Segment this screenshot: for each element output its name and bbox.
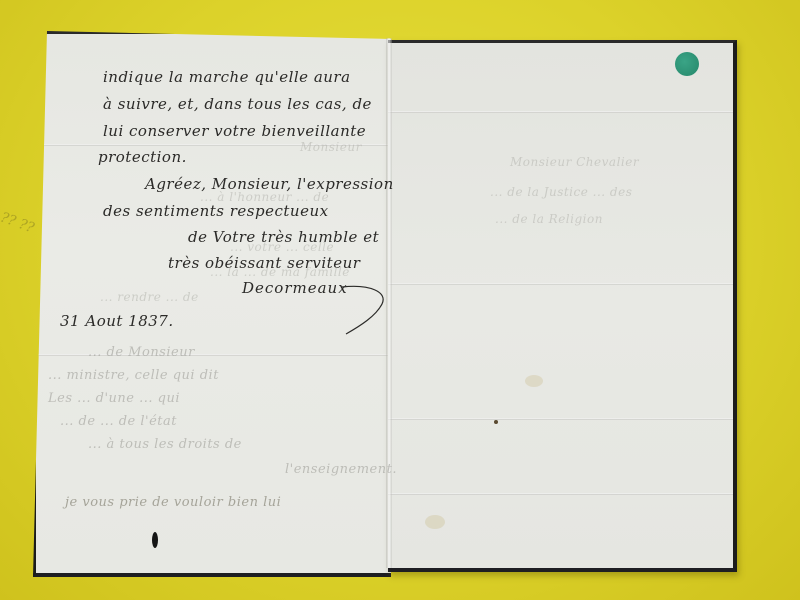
closing-line: des sentiments respectueux xyxy=(103,202,329,220)
fold-line xyxy=(388,111,733,113)
bleed-through-text: ... ministre, celle qui dit xyxy=(48,368,219,383)
photo-background: { "background": { "color": "#dcd22a", "s… xyxy=(0,0,800,600)
bleed-through-text: je vous prie de vouloir bien lui xyxy=(65,495,281,510)
green-wax-seal-icon xyxy=(675,52,699,76)
signature-flourish-icon xyxy=(340,282,390,342)
ink-blot xyxy=(152,532,158,548)
bleed-through-text: l'enseignement. xyxy=(285,462,397,477)
address-line: ... de la Justice ... des xyxy=(490,185,632,199)
paper-spot xyxy=(494,420,498,424)
bleed-through-text: ... de Monsieur xyxy=(88,345,195,360)
bleed-through-text: ... votre ... celle xyxy=(230,240,334,254)
fold-line xyxy=(388,418,733,420)
background-pencil-scribble: ?? ?? xyxy=(0,210,36,237)
address-line: ... de la Religion xyxy=(495,212,603,226)
signature: Decormeaux xyxy=(242,279,348,297)
letter-line: protection. xyxy=(98,148,187,166)
bleed-through-text: ... à tous les droits de xyxy=(88,437,242,452)
bleed-through-text: ... à l'honneur ... de xyxy=(200,190,329,204)
letter-right-page xyxy=(388,40,737,572)
bleed-through-text: ... la ... de ma famille xyxy=(210,265,350,279)
bleed-through-text: ... rendre ... de xyxy=(100,290,199,304)
paper-stain xyxy=(525,375,543,387)
bleed-through-text: Monsieur xyxy=(300,140,362,154)
bleed-through-text: ... de ... de l'état xyxy=(60,414,177,429)
bleed-through-text: Les ... d'une ... qui xyxy=(48,391,180,406)
fold-line xyxy=(388,283,733,285)
letter-line: indique la marche qu'elle aura xyxy=(103,68,351,86)
letter-line: lui conserver votre bienveillante xyxy=(103,122,366,140)
paper-stain xyxy=(425,515,445,529)
letter-date: 31 Aout 1837. xyxy=(60,312,174,330)
fold-line xyxy=(388,493,733,495)
address-line: Monsieur Chevalier xyxy=(510,155,639,169)
letter-line: à suivre, et, dans tous les cas, de xyxy=(103,95,372,113)
